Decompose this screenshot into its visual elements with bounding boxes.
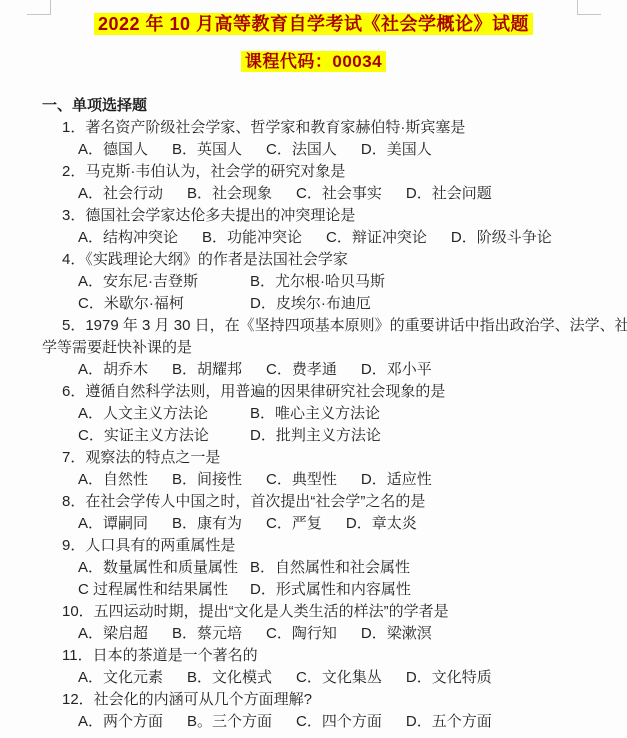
question-block: 7．观察法的特点之一是A．自然性B．间接性C．典型性D．适应性 — [0, 447, 627, 491]
question-text-line: 4．《实践理论大纲》的作者是法国社会学家 — [0, 249, 627, 271]
question-block: 3．德国社会学家达伦多夫提出的冲突理论是A．结构冲突论B．功能冲突论C．辩证冲突… — [0, 205, 627, 249]
option-item: C．社会事实 — [296, 185, 382, 202]
question-block: 6．遵循自然科学法则，用普遍的因果律研究社会现象的是A．人文主义方法论B．唯心主… — [0, 381, 627, 447]
question-block: 4．《实践理论大纲》的作者是法国社会学家A．安东尼·吉登斯B．尤尔根·哈贝马斯C… — [0, 249, 627, 315]
option-item: B．文化模式 — [187, 669, 272, 686]
option-item: C．四个方面 — [296, 713, 382, 730]
question-text-line: 5．1979 年 3 月 30 日，在《坚持四项基本原则》的重要讲话中指出政治学… — [0, 315, 627, 337]
option-item: B。三个方面 — [187, 713, 272, 730]
option-row: A．社会行动B．社会现象C．社会事实D．社会问题 — [0, 183, 627, 205]
option-item: D．批判主义方法论 — [250, 427, 381, 444]
option-item: D．社会问题 — [406, 185, 492, 202]
option-item: B．尤尔根·哈贝马斯 — [250, 273, 385, 290]
option-item: B．康有为 — [172, 515, 242, 532]
option-item: A．胡乔木 — [78, 361, 148, 378]
option-item: D．章太炎 — [346, 515, 417, 532]
option-item: B．胡耀邦 — [172, 361, 242, 378]
option-item: A．社会行动 — [78, 185, 163, 202]
question-block: 8．在社会学传人中国之时，首次提出“社会学”之名的是A．谭嗣同B．康有为C．严复… — [0, 491, 627, 535]
question-block: 10．五四运动时期，提出“文化是人类生活的样法”的学者是A．梁启超B．蔡元培C．… — [0, 601, 627, 645]
section-heading: 一、单项选择题 — [0, 95, 627, 117]
option-row: C．米歇尔·福柯D．皮埃尔·布迪厄 — [0, 293, 627, 315]
option-item: B．蔡元培 — [172, 625, 242, 642]
question-block: 11．日本的茶道是一个著名的A．文化元素B．文化模式C．文化集丛D．文化特质 — [0, 645, 627, 689]
option-row: A．结构冲突论B．功能冲突论C．辩证冲突论D．阶级斗争论 — [0, 227, 627, 249]
option-row: A．胡乔木B．胡耀邦C．费孝通D．邓小平 — [0, 359, 627, 381]
option-item: C．典型性 — [266, 471, 337, 488]
option-item: C 过程属性和结果属性 — [78, 579, 250, 601]
question-block: 2．马克斯·韦伯认为，社会学的研究对象是A．社会行动B．社会现象C．社会事实D．… — [0, 161, 627, 205]
option-row: A．安东尼·吉登斯B．尤尔根·哈贝马斯 — [0, 271, 627, 293]
question-text-line: 7．观察法的特点之一是 — [0, 447, 627, 469]
option-item: C．米歇尔·福柯 — [78, 293, 250, 315]
option-row: C 过程属性和结果属性D．形式属性和内容属性 — [0, 579, 627, 601]
question-text-line: 10．五四运动时期，提出“文化是人类生活的样法”的学者是 — [0, 601, 627, 623]
question-text-line: 1．著名资产阶级社会学家、哲学家和教育家赫伯特·斯宾塞是 — [0, 117, 627, 139]
question-text-line: 学等需要赶快补课的是 — [0, 337, 627, 359]
question-block: 9．人口具有的两重属性是A．数量属性和质量属性B．自然属性和社会属性C 过程属性… — [0, 535, 627, 601]
option-item: D．五个方面 — [406, 713, 492, 730]
option-item: A．安东尼·吉登斯 — [78, 271, 250, 293]
option-item: D．梁漱溟 — [361, 625, 432, 642]
exam-title: 2022 年 10 月高等教育自学考试《社会学概论》试题 — [94, 13, 533, 35]
option-item: A．两个方面 — [78, 713, 163, 730]
question-text-line: 8．在社会学传人中国之时，首次提出“社会学”之名的是 — [0, 491, 627, 513]
page-corner-mark-left — [27, 0, 51, 15]
option-item: A．自然性 — [78, 471, 148, 488]
question-text-line: 2．马克斯·韦伯认为，社会学的研究对象是 — [0, 161, 627, 183]
question-text-line: 9．人口具有的两重属性是 — [0, 535, 627, 557]
option-item: A．结构冲突论 — [78, 229, 178, 246]
option-item: A．人文主义方法论 — [78, 403, 250, 425]
option-row: A．梁启超B．蔡元培C．陶行知D．梁漱溟 — [0, 623, 627, 645]
question-text-line: 11．日本的茶道是一个著名的 — [0, 645, 627, 667]
question-list: 1．著名资产阶级社会学家、哲学家和教育家赫伯特·斯宾塞是A．德国人B．英国人C．… — [0, 117, 627, 733]
option-row: A．自然性B．间接性C．典型性D．适应性 — [0, 469, 627, 491]
question-block: 1．著名资产阶级社会学家、哲学家和教育家赫伯特·斯宾塞是A．德国人B．英国人C．… — [0, 117, 627, 161]
option-item: B．唯心主义方法论 — [250, 405, 380, 422]
option-item: C．费孝通 — [266, 361, 337, 378]
option-item: D．邓小平 — [361, 361, 432, 378]
option-item: B．自然属性和社会属性 — [250, 559, 410, 576]
option-item: B．英国人 — [172, 141, 242, 158]
question-text-line: 6．遵循自然科学法则，用普遍的因果律研究社会现象的是 — [0, 381, 627, 403]
option-item: B．间接性 — [172, 471, 242, 488]
option-row: A．文化元素B．文化模式C．文化集丛D．文化特质 — [0, 667, 627, 689]
option-row: A．谭嗣同B．康有为C．严复D．章太炎 — [0, 513, 627, 535]
option-item: D．皮埃尔·布迪厄 — [250, 295, 371, 312]
exam-page: 2022 年 10 月高等教育自学考试《社会学概论》试题 课程代码：00034 … — [0, 0, 627, 738]
option-item: B．功能冲突论 — [202, 229, 302, 246]
page-corner-mark-right — [577, 0, 601, 15]
option-row: C．实证主义方法论D．批判主义方法论 — [0, 425, 627, 447]
option-item: A．梁启超 — [78, 625, 148, 642]
option-item: C．法国人 — [266, 141, 337, 158]
question-text-line: 12．社会化的内涵可从几个方面理解? — [0, 689, 627, 711]
option-item: D．美国人 — [361, 141, 432, 158]
option-row: A．德国人B．英国人C．法国人D．美国人 — [0, 139, 627, 161]
option-item: D．文化特质 — [406, 669, 492, 686]
option-item: C．严复 — [266, 515, 322, 532]
option-item: D．形式属性和内容属性 — [250, 581, 411, 598]
option-item: A．谭嗣同 — [78, 515, 148, 532]
question-block: 5．1979 年 3 月 30 日，在《坚持四项基本原则》的重要讲话中指出政治学… — [0, 315, 627, 381]
option-item: A．文化元素 — [78, 669, 163, 686]
question-block: 12．社会化的内涵可从几个方面理解?A．两个方面B。三个方面C．四个方面D．五个… — [0, 689, 627, 733]
option-item: C．文化集丛 — [296, 669, 382, 686]
option-item: D．阶级斗争论 — [451, 229, 552, 246]
option-item: B．社会现象 — [187, 185, 272, 202]
option-row: A．数量属性和质量属性B．自然属性和社会属性 — [0, 557, 627, 579]
option-row: A．人文主义方法论B．唯心主义方法论 — [0, 403, 627, 425]
question-text-line: 3．德国社会学家达伦多夫提出的冲突理论是 — [0, 205, 627, 227]
option-item: D．适应性 — [361, 471, 432, 488]
option-row: A．两个方面B。三个方面C．四个方面D．五个方面 — [0, 711, 627, 733]
option-item: A．德国人 — [78, 141, 148, 158]
course-code: 课程代码：00034 — [241, 51, 386, 72]
course-code-row: 课程代码：00034 — [0, 50, 627, 74]
option-item: C．实证主义方法论 — [78, 425, 250, 447]
option-item: C．辩证冲突论 — [326, 229, 427, 246]
exam-title-row: 2022 年 10 月高等教育自学考试《社会学概论》试题 — [0, 11, 627, 37]
option-item: A．数量属性和质量属性 — [78, 557, 250, 579]
option-item: C．陶行知 — [266, 625, 337, 642]
